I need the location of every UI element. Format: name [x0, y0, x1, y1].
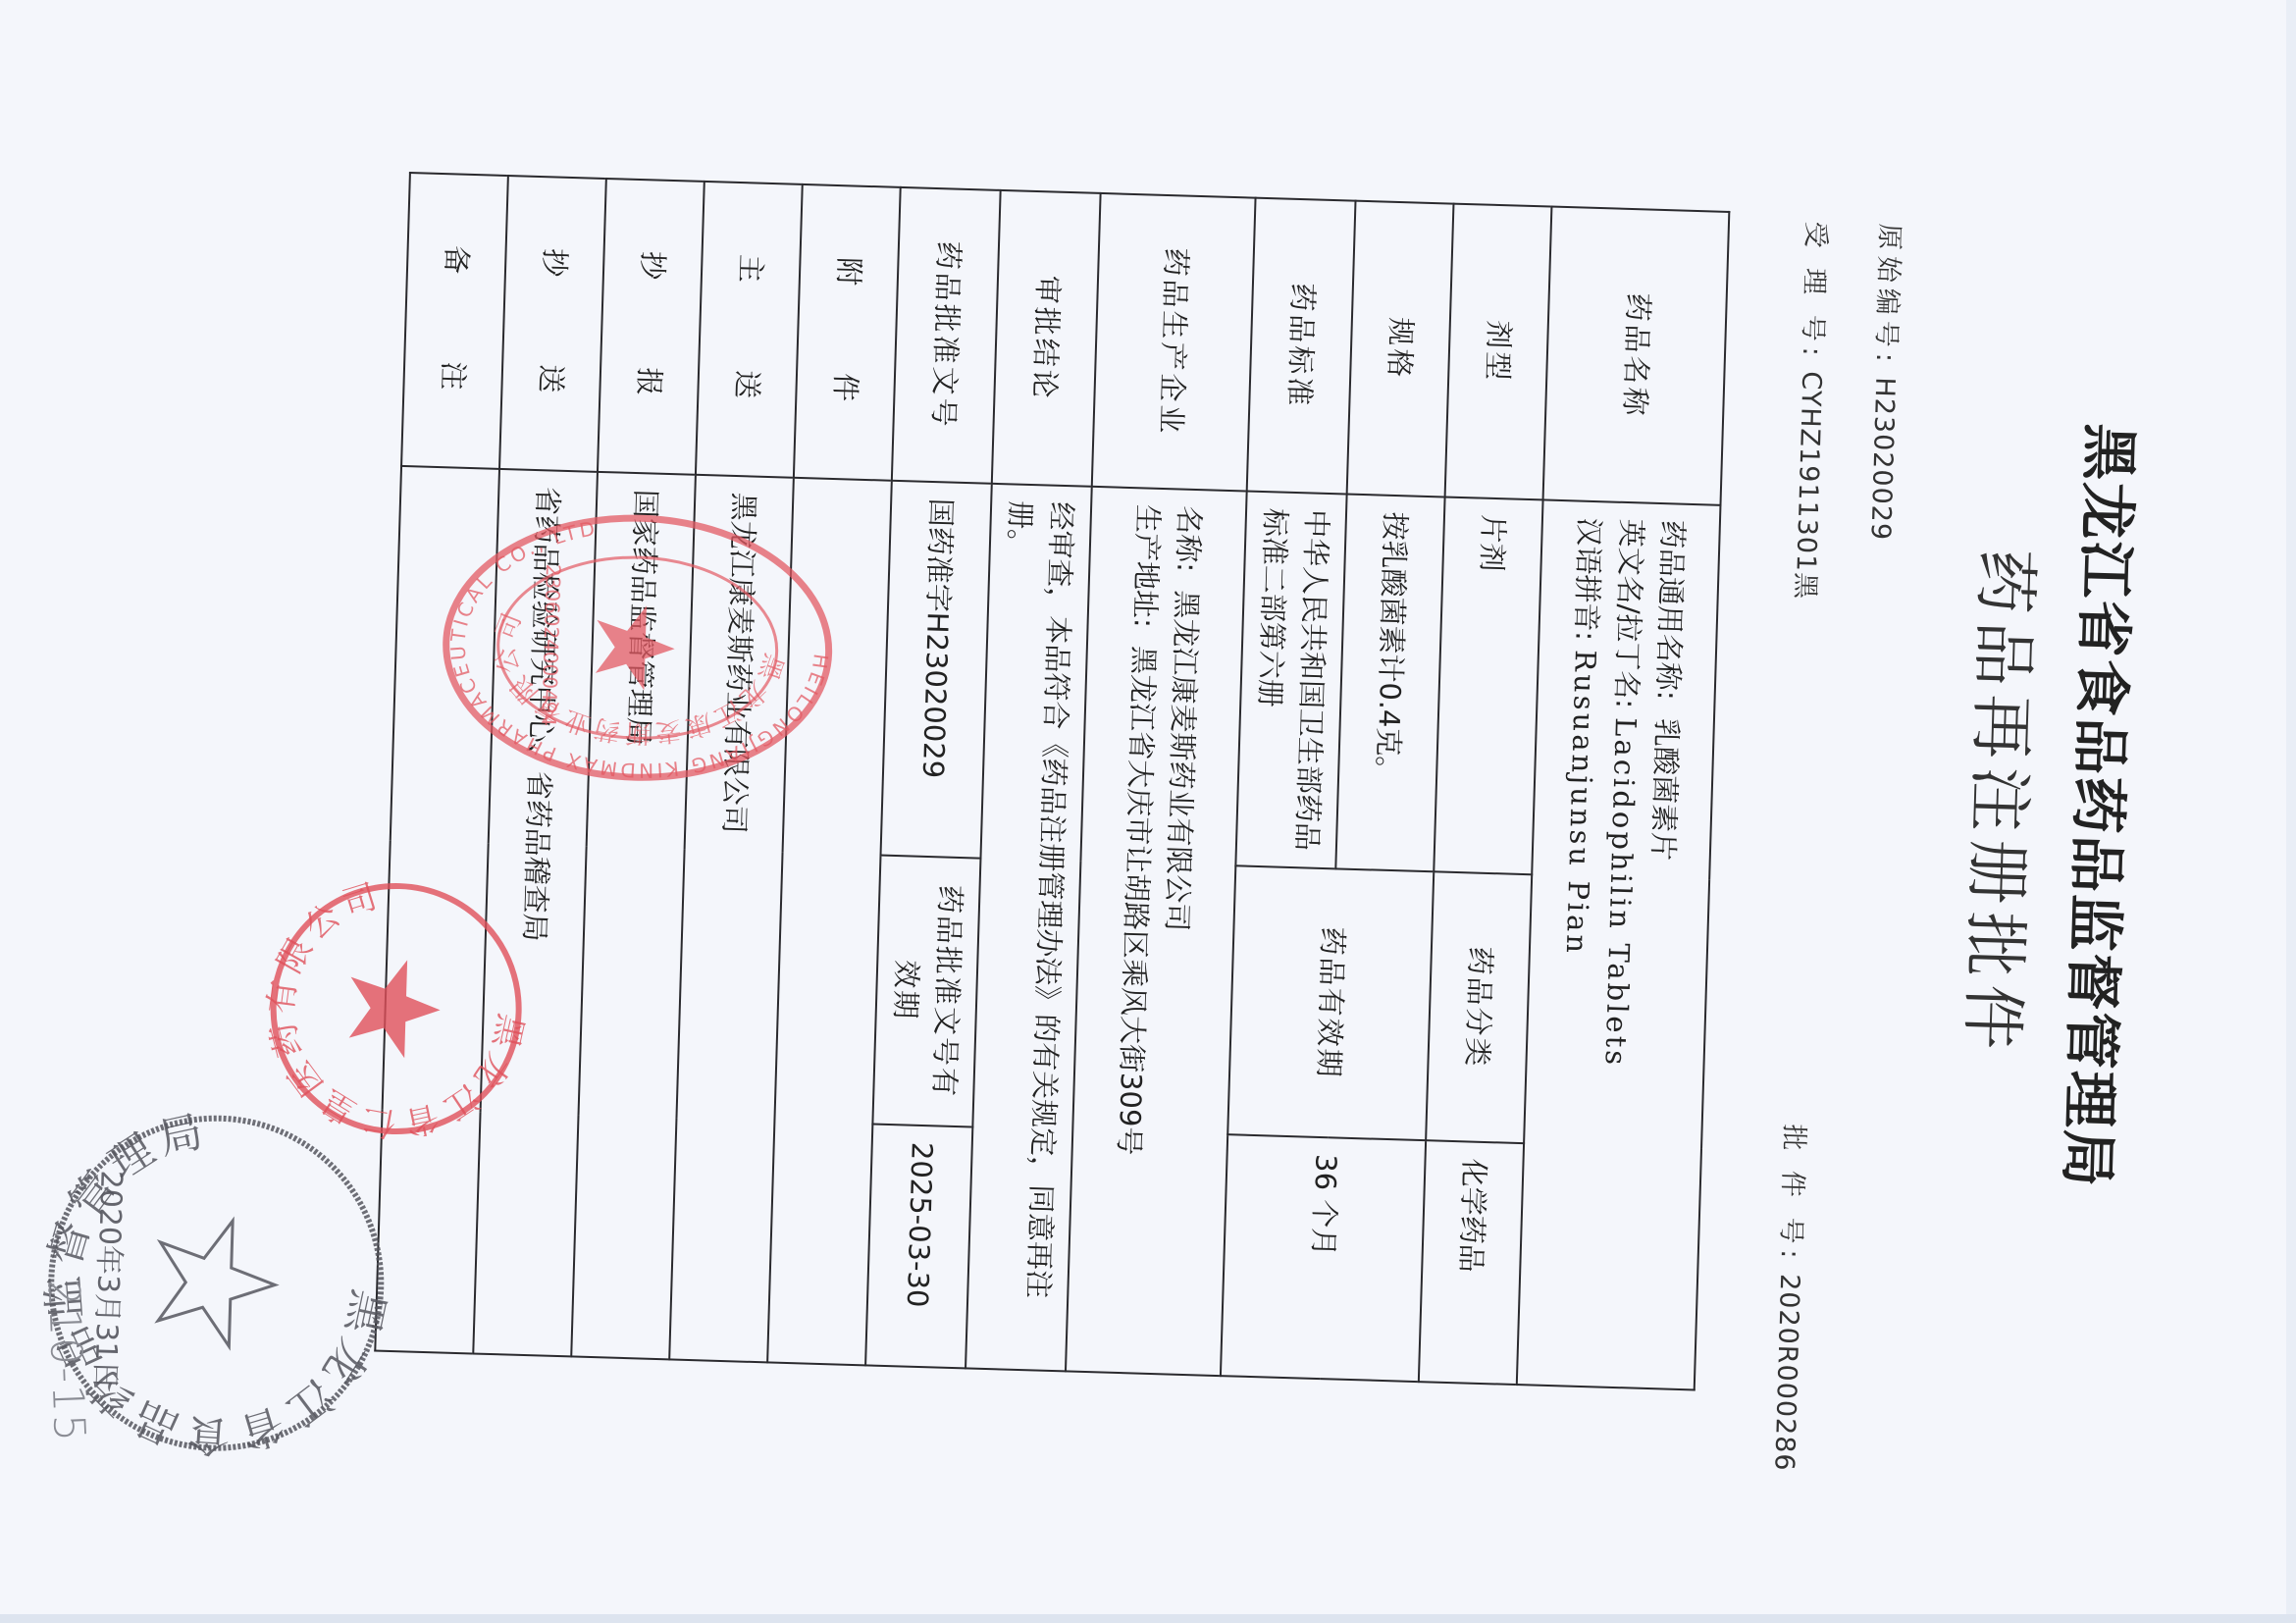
approval-number-label: 批 件 号:	[1775, 1124, 1809, 1265]
acceptance-number-value: CYHZ1911301黑	[1790, 371, 1827, 601]
approval-doc-value: 国药准字H23020029	[880, 480, 991, 858]
label-specification: 规格	[1347, 201, 1454, 497]
original-number-value: H23020029	[1864, 377, 1900, 542]
drug-category-value: 化学药品	[1419, 1140, 1524, 1385]
specification-value: 按乳酸菌素计0.4克。	[1335, 494, 1444, 871]
approval-number-value: 2020R000286	[1768, 1274, 1804, 1472]
label-manufacturer: 药品生产企业	[1092, 193, 1256, 491]
manufacturer-cell: 名称: 黑龙江康麦斯药业有限公司 生产地址: 黑龙江省大庆市让胡路区乘风大街30…	[1066, 486, 1247, 1376]
dosage-form-value: 片剂	[1434, 497, 1542, 874]
pinyin-value: Rusuanjunsu Pian	[1560, 650, 1602, 957]
label-standard: 药品标准	[1247, 198, 1356, 494]
label-dosage-form: 剂型	[1445, 204, 1552, 499]
label-remarks: 备 注	[401, 173, 508, 468]
approval-table: 药品名称 药品通用名称: 乳酸菌素片 英文名/拉丁名: Lacidophilin…	[374, 172, 1730, 1390]
scanner-edge-bottom	[0, 1614, 2296, 1623]
original-number-label: 原始编号:	[1870, 223, 1905, 368]
pinyin-label: 汉语拼音:	[1570, 517, 1607, 642]
label-cc: 抄 送	[499, 176, 606, 471]
label-main-recipient: 主 送	[696, 182, 803, 477]
standard-value: 中华人民共和国卫生部药品 标准二部第六册	[1235, 491, 1346, 868]
approval-number: 批 件 号: 2020R000286	[1767, 1124, 1815, 1472]
label-report-to: 抄 报	[598, 179, 704, 474]
label-attachment: 附 件	[794, 184, 901, 480]
drug-name-cell: 药品通用名称: 乳酸菌素片 英文名/拉丁名: Lacidophilin Tabl…	[1517, 499, 1721, 1389]
agency-seal-date: 2020年3月31日	[87, 1170, 129, 1390]
english-name-label: 英文名/拉丁名:	[1609, 518, 1648, 708]
english-name-value: Lacidophilin Tablets	[1598, 717, 1643, 1069]
manufacturer-name-label: 名称:	[1171, 505, 1206, 573]
label-conclusion: 审批结论	[992, 190, 1101, 486]
document-page: 黑龙江省食品药品监督管理局 药品再注册批件 原始编号: H23020029 受 …	[0, 0, 2296, 1622]
label-approval-validity: 药品批准文号有效期	[872, 855, 980, 1126]
shelf-life-value: 36 个月	[1221, 1134, 1426, 1382]
acceptance-number-label: 受 理 号:	[1797, 221, 1831, 362]
manufacturer-address-label: 生产地址:	[1127, 504, 1165, 629]
original-number: 原始编号: H23020029	[1863, 223, 1911, 541]
manufacturer-name-value: 黑龙江康麦斯药业有限公司	[1160, 590, 1203, 932]
handwritten-note: 210-15	[38, 1278, 95, 1444]
approval-validity-value: 2025-03-30	[865, 1124, 972, 1368]
acceptance-number: 受 理 号: CYHZ1911301黑	[1789, 221, 1838, 601]
generic-name-label: 药品通用名称:	[1650, 519, 1689, 701]
label-shelf-life: 药品有效期	[1227, 865, 1434, 1140]
label-drug-category: 药品分类	[1426, 871, 1532, 1143]
label-approval-doc: 药品批准文号	[892, 187, 1001, 483]
generic-name-value: 乳酸菌素片	[1645, 718, 1683, 862]
label-drug-name: 药品名称	[1543, 207, 1730, 505]
row-drug-name: 药品名称 药品通用名称: 乳酸菌素片 英文名/拉丁名: Lacidophilin…	[1517, 207, 1730, 1390]
